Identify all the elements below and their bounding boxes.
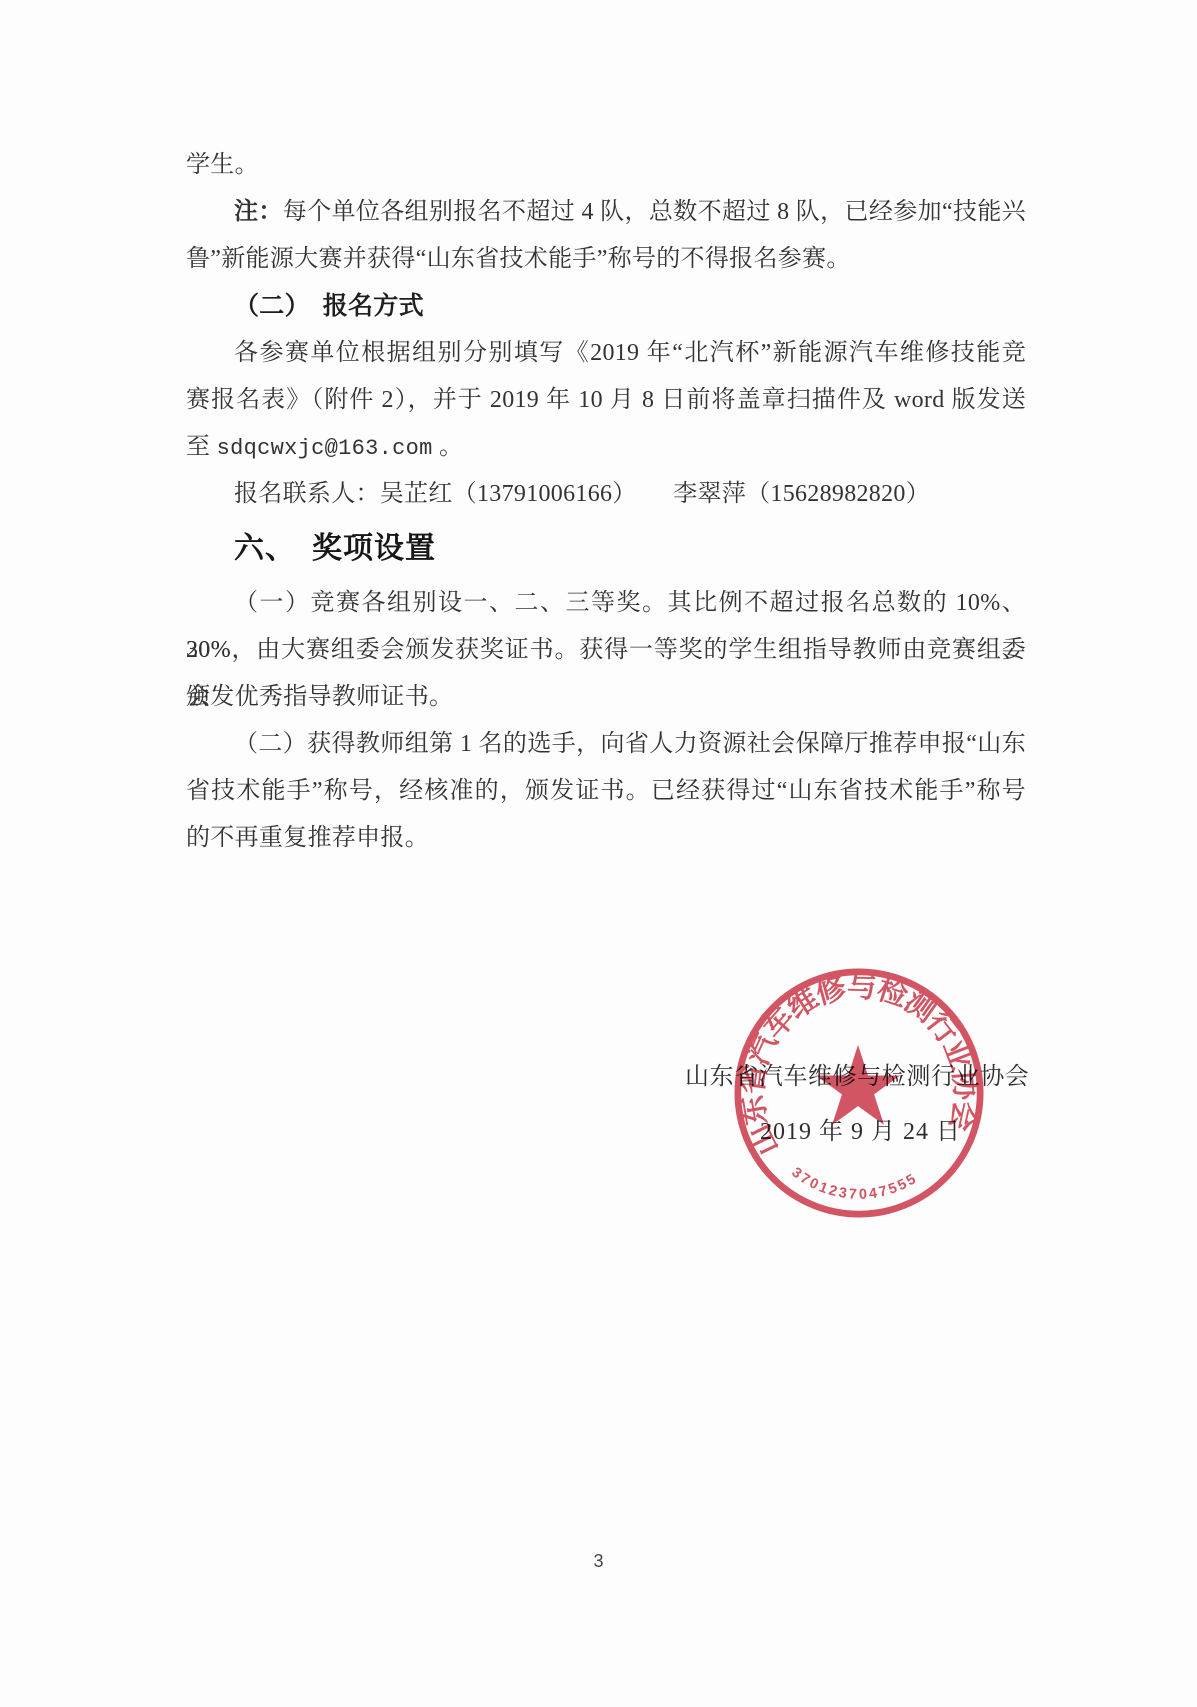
text-run: 。 (433, 434, 464, 460)
text-run: 六、 奖项设置 (234, 532, 436, 565)
text-line: 颁发优秀指导教师证书。 (186, 674, 1026, 721)
signature-date: 2019 年 9 月 24 日 (760, 1116, 961, 1148)
text-line: 注：每个单位各组别报名不超过 4 队，总数不超过 8 队，已经参加“技能兴 (186, 189, 1026, 236)
text-run: 报名联系人：吴芷红（13791006166） 李翠萍（15628982820） (234, 481, 930, 507)
text-run: 各参赛单位根据组别分别填写《2019 年“北汽杯”新能源汽车维修技能竞 (234, 340, 1026, 366)
scanned-document-page: 学生。注：每个单位各组别报名不超过 4 队，总数不超过 8 队，已经参加“技能兴… (0, 0, 1197, 1707)
page-number: 3 (0, 1551, 1197, 1572)
text-line: 各参赛单位根据组别分别填写《2019 年“北汽杯”新能源汽车维修技能竞 (186, 330, 1026, 377)
seal-graphic: 山东省汽车维修与检测行业协会 3701237047555 (734, 968, 984, 1218)
text-line: 至 sdqcwxjc@163.com 。 (186, 424, 1026, 471)
seal-ring (738, 972, 980, 1214)
text-line: 鲁”新能源大赛并获得“山东省技术能手”称号的不得报名参赛。 (186, 236, 1026, 283)
signature-organization: 山东省汽车维修与检测行业协会 (685, 1061, 1029, 1093)
text-run: 颁发优秀指导教师证书。 (186, 684, 453, 710)
text-run: 注： (234, 199, 283, 225)
document-body: 学生。注：每个单位各组别报名不超过 4 队，总数不超过 8 队，已经参加“技能兴… (186, 142, 1026, 862)
text-run: 鲁”新能源大赛并获得“山东省技术能手”称号的不得报名参赛。 (186, 246, 851, 272)
text-line: 赛报名表》（附件 2），并于 2019 年 10 月 8 日前将盖章扫描件及 w… (186, 377, 1026, 424)
text-line: 的不再重复推荐申报。 (186, 815, 1026, 862)
text-run: （二） 报名方式 (234, 292, 424, 320)
text-run: 赛报名表》（附件 2），并于 2019 年 10 月 8 日前将盖章扫描件及 w… (186, 387, 1026, 413)
text-line: （一）竞赛各组别设一、二、三等奖。其比例不超过报名总数的 10%、20%、 (186, 580, 1026, 627)
text-run: 每个单位各组别报名不超过 4 队，总数不超过 8 队，已经参加“技能兴 (283, 199, 1026, 225)
seal-serial-number: 3701237047555 (788, 1165, 918, 1203)
text-run: sdqcwxjc@163.com (217, 436, 433, 461)
official-seal: 山东省汽车维修与检测行业协会 3701237047555 (734, 968, 984, 1218)
text-run: 省技术能手”称号，经核准的，颁发证书。已经获得过“山东省技术能手”称号 (186, 778, 1026, 804)
text-line: 报名联系人：吴芷红（13791006166） 李翠萍（15628982820） (186, 471, 1026, 518)
text-line: （二） 报名方式 (186, 283, 1026, 330)
text-line: 30%，由大赛组委会颁发获奖证书。获得一等奖的学生组指导教师由竞赛组委会 (186, 627, 1026, 674)
text-line: （二）获得教师组第 1 名的选手，向省人力资源社会保障厅推荐申报“山东 (186, 721, 1026, 768)
text-run: 的不再重复推荐申报。 (186, 825, 429, 851)
text-line: 学生。 (186, 142, 1026, 189)
text-line: 省技术能手”称号，经核准的，颁发证书。已经获得过“山东省技术能手”称号 (186, 768, 1026, 815)
text-run: （二）获得教师组第 1 名的选手，向省人力资源社会保障厅推荐申报“山东 (234, 731, 1026, 757)
text-run: 至 (186, 434, 217, 460)
text-run: 学生。 (186, 152, 259, 178)
text-line: 六、 奖项设置 (186, 518, 1026, 580)
